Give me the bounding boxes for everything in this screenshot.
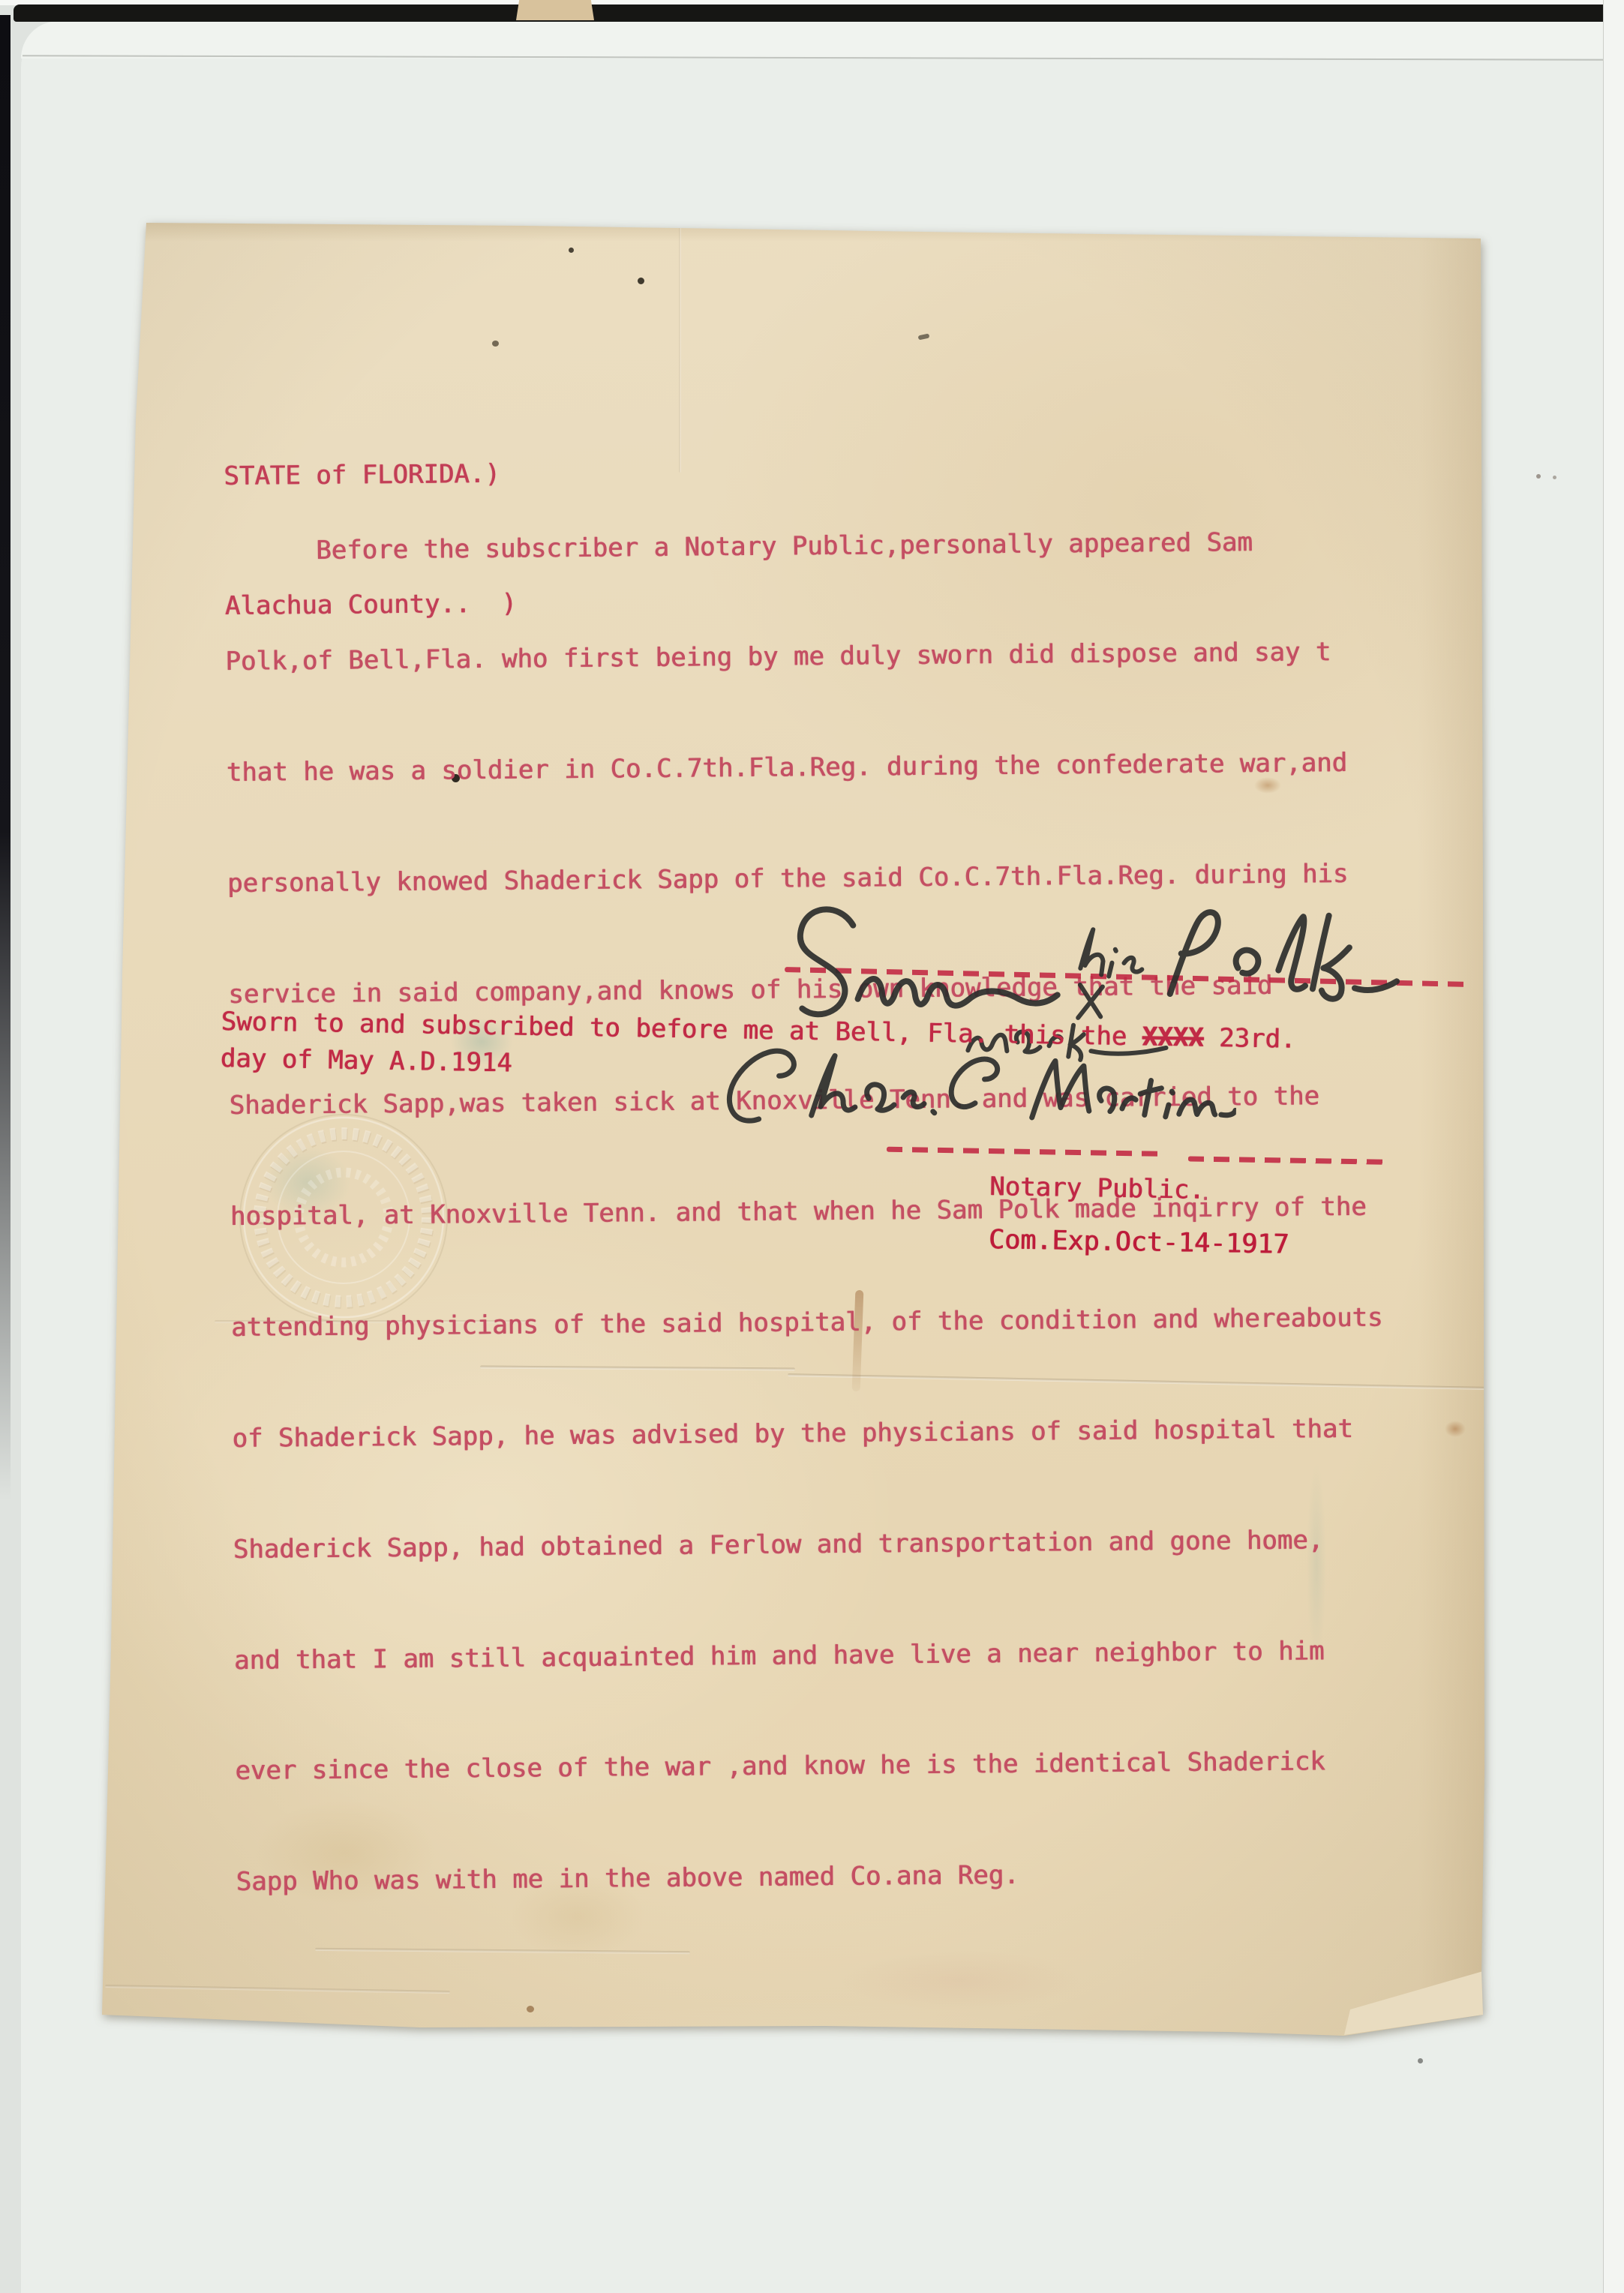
- scanned-affidavit-page: faint embossed circular notary seal STAT…: [0, 0, 1624, 2293]
- body-line: and that I am still acquainted him and h…: [234, 1632, 1386, 1679]
- body-line: Before the subscriber a Notary Public,pe…: [224, 523, 1376, 570]
- affidavit-paper: faint embossed circular notary seal STAT…: [0, 0, 1624, 2293]
- notary-title: Notary Public.: [989, 1172, 1205, 1205]
- foxing-spot: [1425, 191, 1439, 201]
- jurat-block: Sworn to and subscribed to before me at …: [216, 1007, 1533, 1328]
- body-line: Polk,of Bell,Fla. who first being by me …: [225, 634, 1377, 681]
- notary-signature: Chas. C. Martin: [710, 1030, 1237, 1151]
- his-mark-cross: [1078, 985, 1103, 1019]
- body-line: Sapp Who was with me in the above named …: [236, 1854, 1388, 1901]
- his-mark-words: [1078, 929, 1142, 1019]
- commission-expiration: Com.Exp.Oct-14-1917: [989, 1225, 1289, 1260]
- body-line: Shaderick Sapp, had obtained a Ferlow an…: [233, 1521, 1385, 1568]
- notary-signature-underline: [1188, 1156, 1392, 1165]
- body-line: ever since the close of the war ,and kno…: [235, 1743, 1387, 1790]
- body-line: of Shaderick Sapp, he was advised by the…: [232, 1410, 1384, 1457]
- paper-shadow-wrap: faint embossed circular notary seal STAT…: [0, 0, 1624, 2293]
- date-line: day of May A.D.1914: [221, 1043, 513, 1078]
- body-line: that he was a soldier in Co.C.7th.Fla.Re…: [227, 745, 1379, 792]
